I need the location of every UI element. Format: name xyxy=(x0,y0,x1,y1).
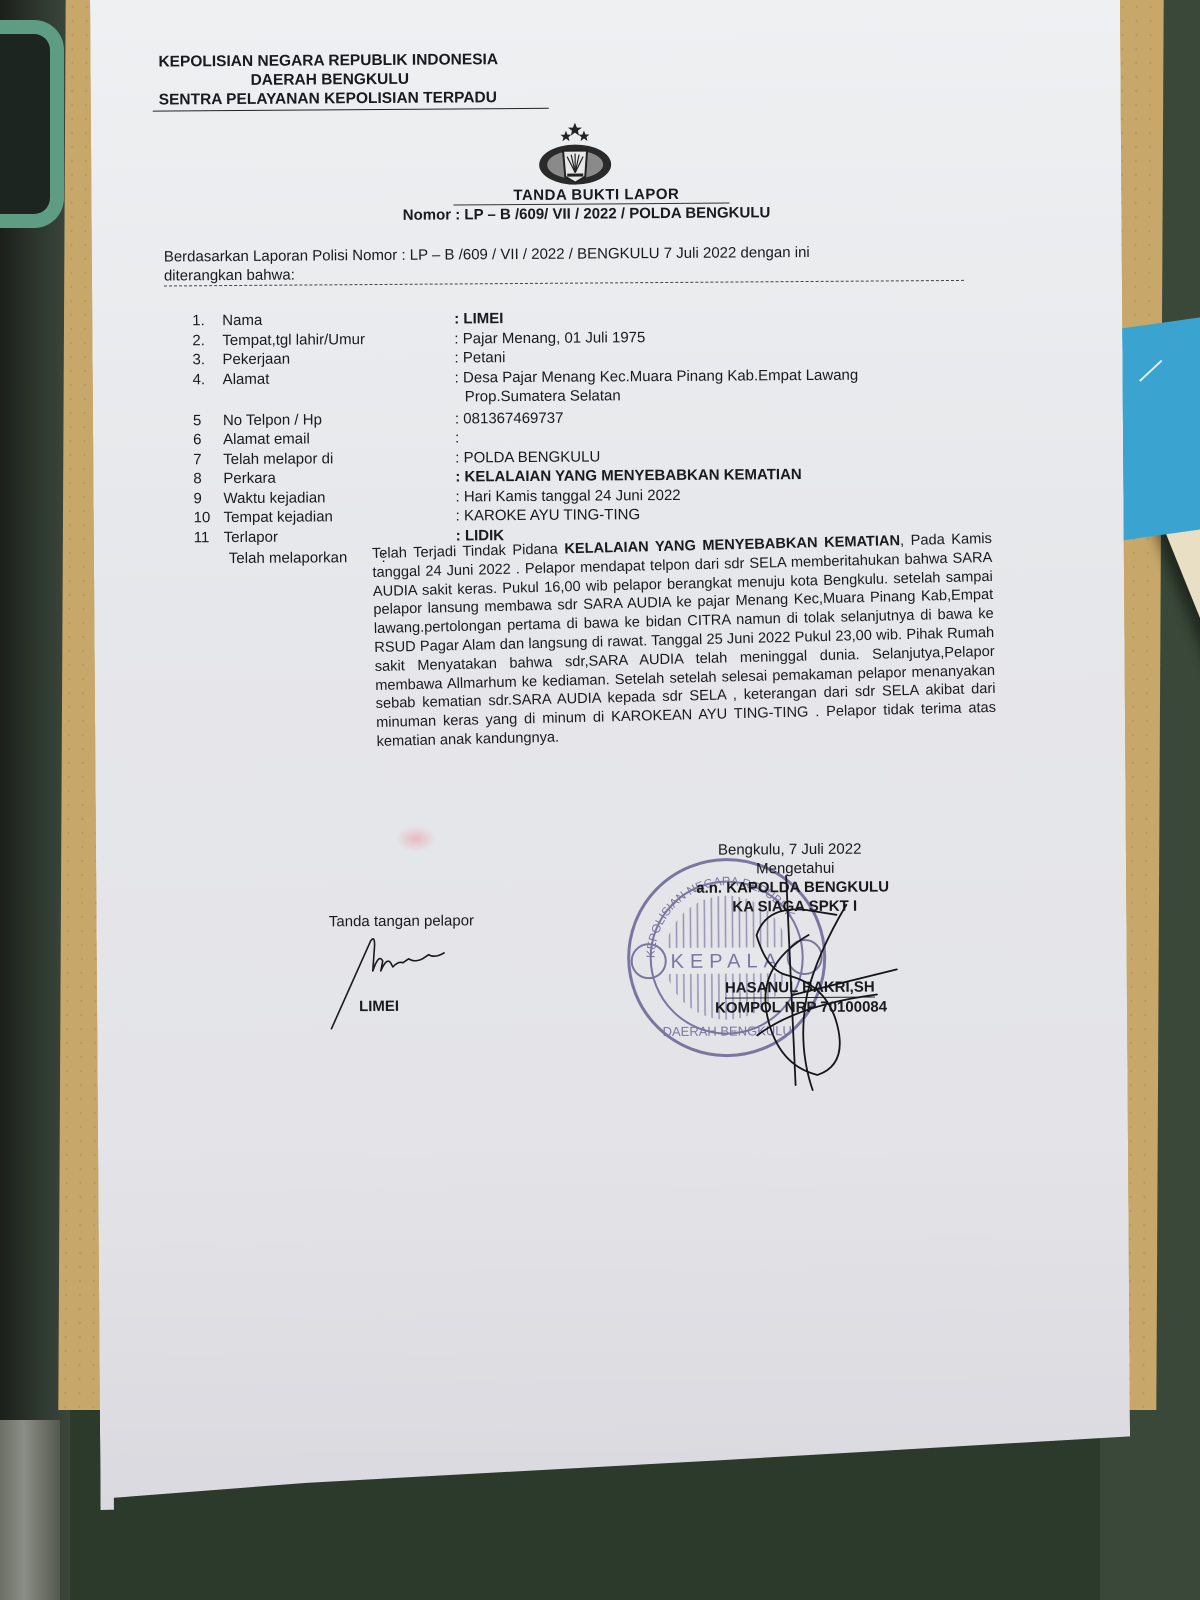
field-value: : 081367469737 xyxy=(455,408,564,428)
field-value: : KAROKE AYU TING-TING xyxy=(456,505,641,526)
field-number: 6 xyxy=(193,430,223,450)
report-narrative: Telah Terjadi Tindak Pidana KELALAIAN YA… xyxy=(372,530,997,752)
field-label: Tempat,tgl lahir/Umur xyxy=(222,329,454,350)
field-label: Tempat kejadian xyxy=(224,506,456,527)
narrative-lead: Telah Terjadi Tindak Pidana xyxy=(372,541,565,562)
title-heading: TANDA BUKTI LAPOR xyxy=(453,186,729,206)
field-label: Nama xyxy=(222,309,454,330)
field-value: : Hari Kamis tanggal 24 Juni 2022 xyxy=(455,485,680,506)
field-number: 8 xyxy=(193,469,223,489)
reporter-details: 1.Nama: LIMEI2.Tempat,tgl lahir/Umur: Pa… xyxy=(192,307,859,548)
field-number: 9 xyxy=(193,489,223,509)
report-label: Telah melaporkan : xyxy=(229,549,386,567)
report-label-text: Telah melaporkan xyxy=(229,549,348,567)
field-number: 10 xyxy=(194,508,224,528)
field-label: Alamat xyxy=(223,368,455,389)
field-label: No Telpon / Hp xyxy=(223,409,455,430)
field-number: 5 xyxy=(193,411,223,431)
field-number: 3. xyxy=(192,350,222,370)
field-label: Alamat email xyxy=(223,428,455,449)
field-value: : Desa Pajar Menang Kec.Muara Pinang Kab… xyxy=(455,365,859,387)
reporter-name: LIMEI xyxy=(359,998,399,1015)
report-number: Nomor : LP – B /609/ VII / 2022 / POLDA … xyxy=(381,204,791,224)
ink-smudge xyxy=(396,826,436,852)
field-value: : LIMEI xyxy=(454,309,503,329)
staple xyxy=(1139,360,1162,382)
field-value: : Petani xyxy=(454,348,505,368)
field-label: Pekerjaan xyxy=(222,348,454,369)
field-label: Telah melapor di xyxy=(223,448,455,469)
field-value: : xyxy=(455,428,459,448)
field-number: 1. xyxy=(192,311,222,331)
official-signature-icon xyxy=(696,874,918,1106)
document-page: KEPOLISIAN NEGARA REPUBLIK INDONESIA DAE… xyxy=(90,0,1131,1510)
field-label: Waktu kejadian xyxy=(223,487,455,508)
field-number: 11 xyxy=(194,528,224,548)
narrative-body: , Pada Kamis tanggal 24 Juni 2022 . Pela… xyxy=(372,531,996,750)
field-value: : KELALAIAN YANG MENYEBABKAN KEMATIAN xyxy=(455,465,802,487)
police-emblem-icon xyxy=(535,120,615,191)
letterhead-line-3: SENTRA PELAYANAN KEPOLISIAN TERPADU xyxy=(153,88,549,112)
intro-line-2: diterangkan bahwa: xyxy=(164,261,964,287)
field-number: 7 xyxy=(193,450,223,470)
field-value: : Pajar Menang, 01 Juli 1975 xyxy=(454,328,645,349)
reporter-signature-label: Tanda tangan pelapor xyxy=(306,912,496,930)
intro-paragraph: Berdasarkan Laporan Polisi Nomor : LP – … xyxy=(164,242,964,287)
field-value: : POLDA BENGKULU xyxy=(455,447,600,468)
letterhead-line-1: KEPOLISIAN NEGARA REPUBLIK INDONESIA xyxy=(158,50,548,72)
document-title: TANDA BUKTI LAPOR Nomor : LP – B /609/ V… xyxy=(391,185,791,224)
field-number: 2. xyxy=(192,331,222,351)
reporter-signature-icon xyxy=(329,932,470,1033)
letterhead: KEPOLISIAN NEGARA REPUBLIK INDONESIA DAE… xyxy=(158,50,548,112)
sign-place-date: Bengkulu, 7 Juli 2022 xyxy=(696,839,889,859)
field-number: 4. xyxy=(193,370,223,390)
field-label: Perkara xyxy=(223,467,455,488)
green-mug xyxy=(0,20,64,228)
table-edge xyxy=(0,1420,60,1600)
